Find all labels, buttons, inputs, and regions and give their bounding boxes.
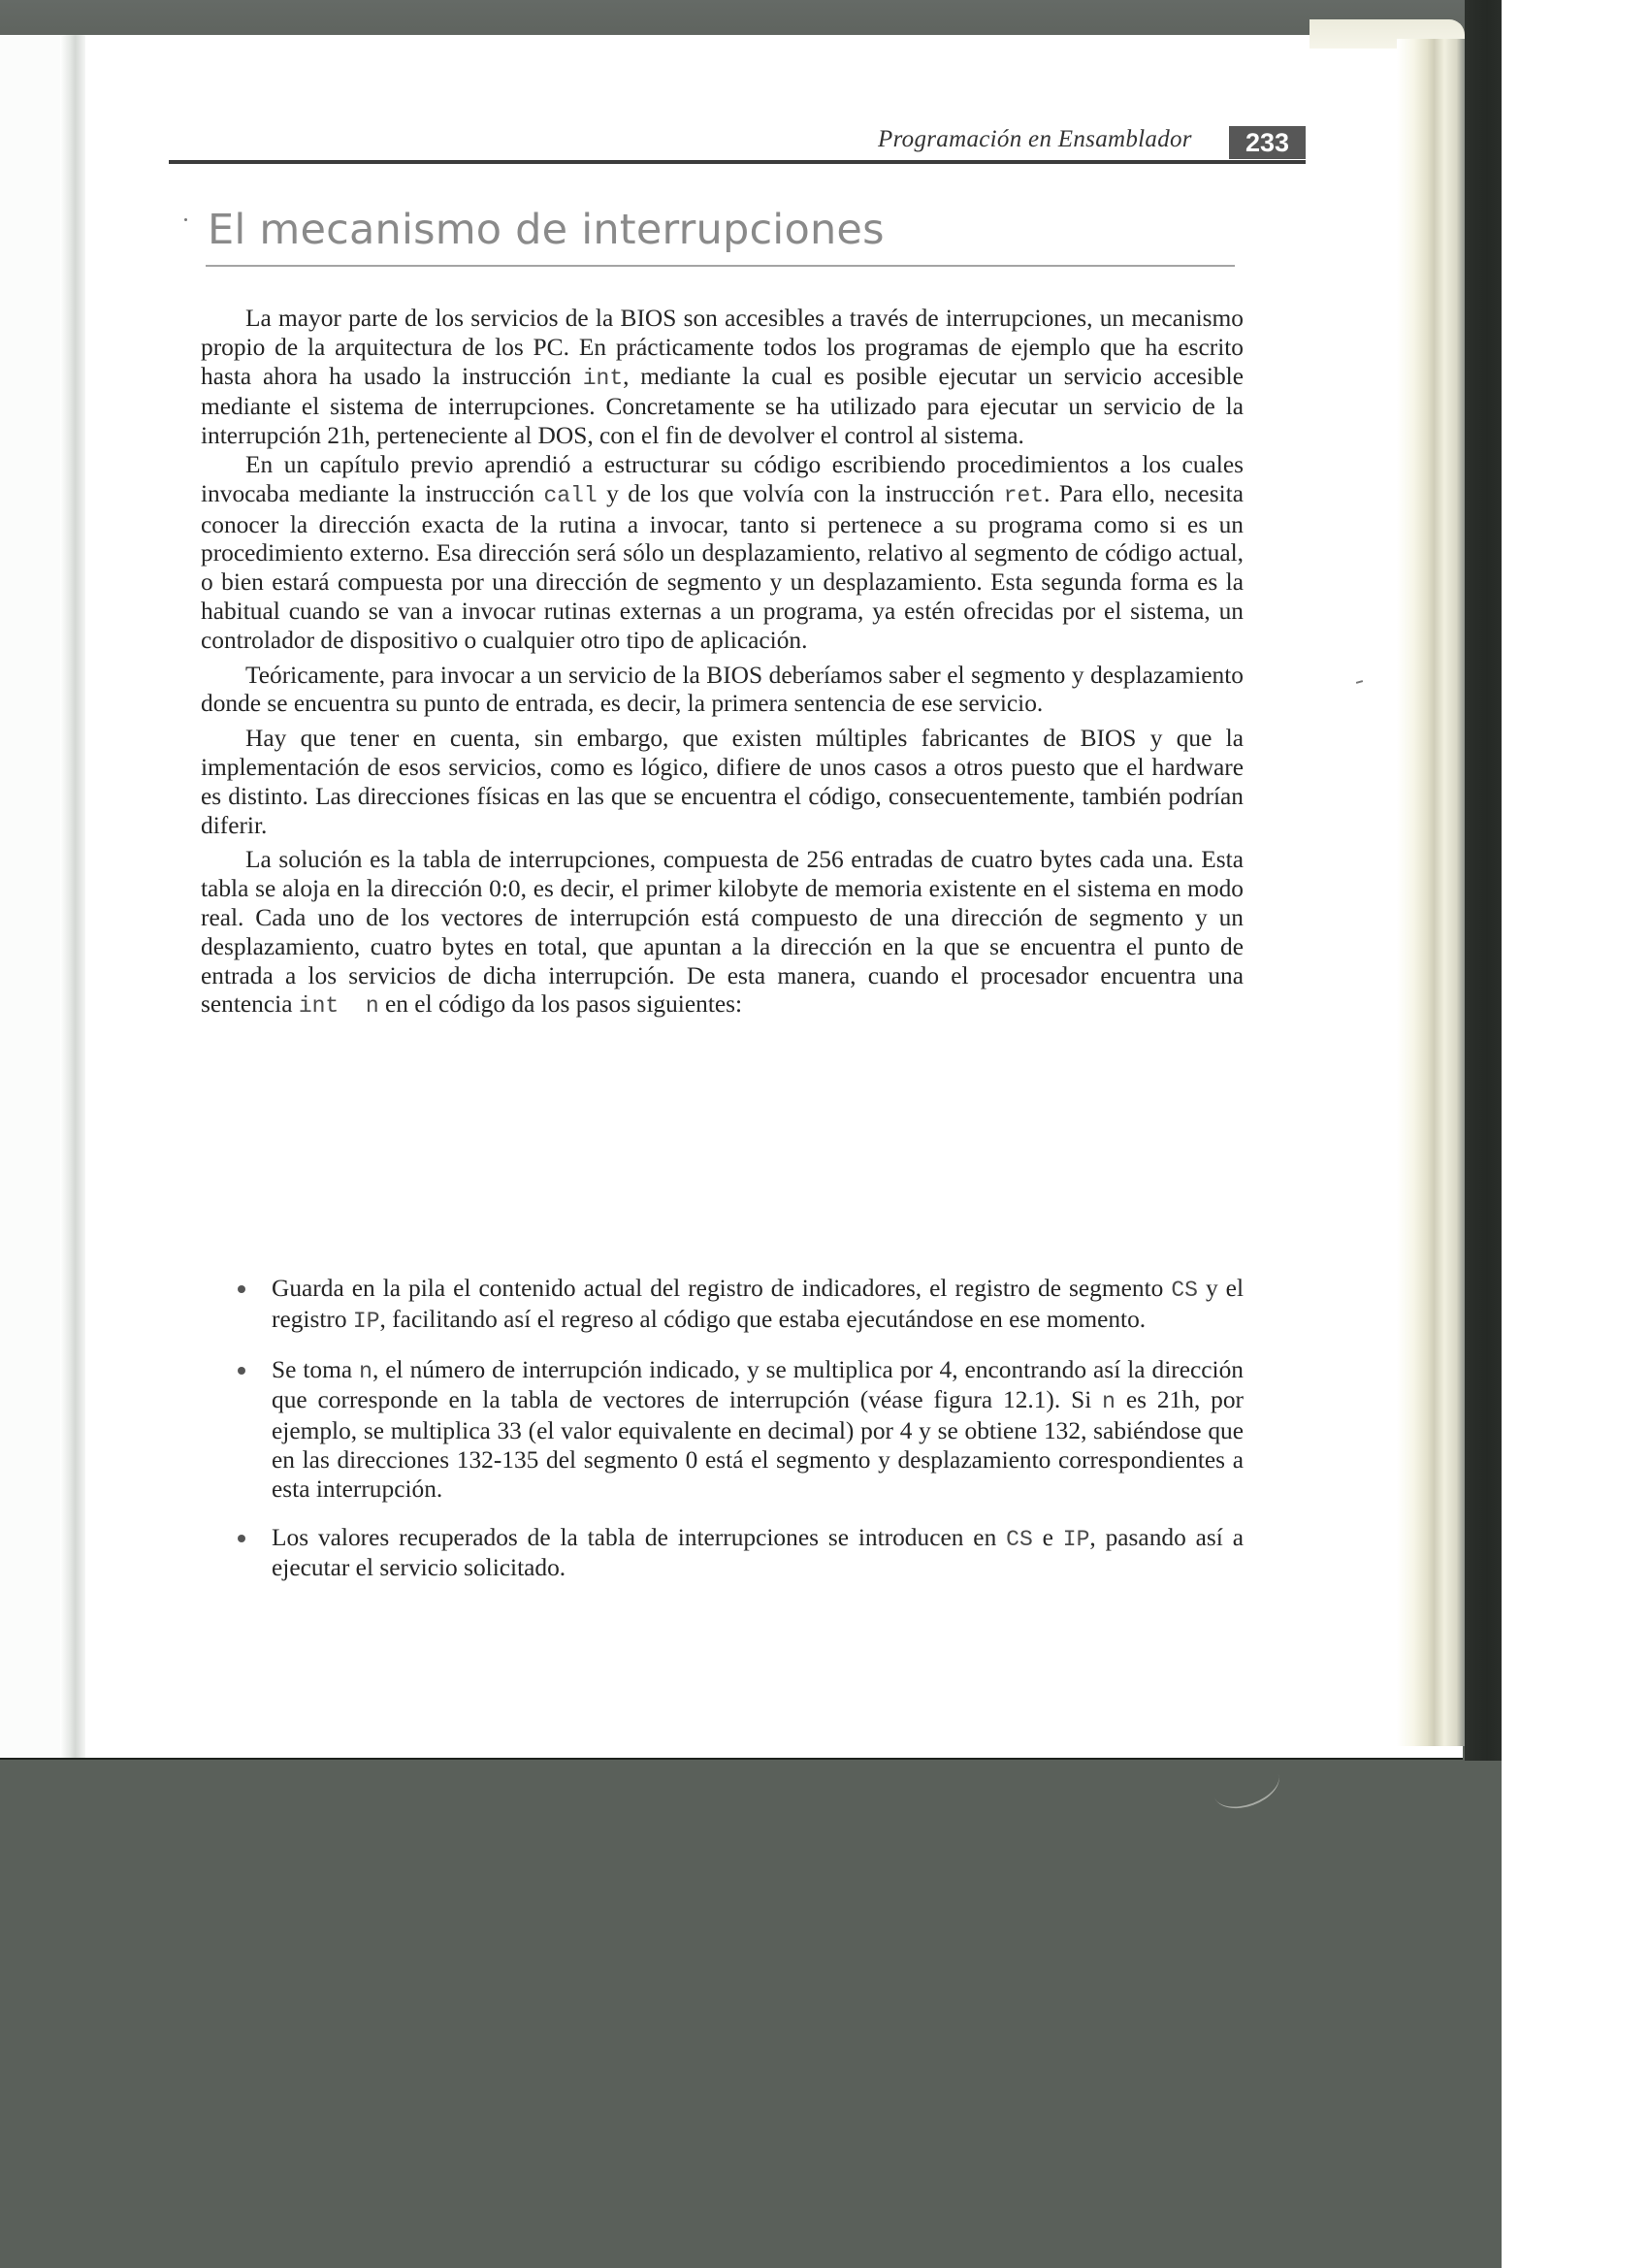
section-title: El mecanismo de interrupciones — [208, 206, 885, 254]
bullet-icon — [238, 1535, 245, 1542]
paragraph-3: Teóricamente, para invocar a un servicio… — [201, 662, 1244, 720]
list-item: Se toma n, el número de interrupción ind… — [233, 1356, 1244, 1505]
facing-page-edge — [0, 35, 60, 1758]
code-inline: call — [544, 483, 598, 508]
text: Guarda en la pila el contenido actual de… — [272, 1275, 1171, 1302]
text: , facilitando así el regreso al código q… — [380, 1306, 1147, 1333]
steps-list: Guarda en la pila el contenido actual de… — [233, 1275, 1244, 1603]
running-head: Programación en Ensamblador — [878, 126, 1192, 153]
code-inline: ret — [1004, 483, 1044, 508]
paragraph-5: La solución es la tabla de interrupcione… — [201, 846, 1244, 1021]
code-inline: IP — [353, 1309, 380, 1334]
text: Los valores recuperados de la tabla de i… — [272, 1524, 1006, 1551]
list-item: Guarda en la pila el contenido actual de… — [233, 1275, 1244, 1337]
list-item: Los valores recuperados de la tabla de i… — [233, 1524, 1244, 1584]
paragraph-2: En un capítulo previo aprendió a estruct… — [201, 451, 1244, 656]
text: y de los que volvía con la instrucción — [598, 480, 1004, 507]
scanner-shadow-right — [1465, 0, 1502, 1761]
code-inline: int n — [299, 993, 379, 1019]
book-gutter-shadow — [60, 35, 85, 1758]
text: en el código da los pasos siguientes: — [379, 990, 742, 1018]
header-rule — [169, 160, 1306, 164]
page-stack-edges — [1397, 39, 1465, 1746]
code-inline: CS — [1006, 1527, 1033, 1552]
bullet-icon — [238, 1285, 245, 1293]
page-number-badge: 233 — [1229, 126, 1306, 159]
text: , el número de interrupción indicado, y … — [272, 1356, 1244, 1414]
text: e — [1033, 1524, 1063, 1551]
bullet-icon — [238, 1367, 245, 1375]
scanner-background-top — [0, 0, 1502, 35]
code-inline: IP — [1063, 1527, 1090, 1552]
paragraph-1: La mayor parte de los servicios de la BI… — [201, 305, 1244, 451]
code-inline: int — [583, 366, 623, 391]
code-inline: CS — [1171, 1278, 1198, 1303]
code-inline: n — [359, 1359, 372, 1384]
scan-speck — [184, 218, 187, 221]
paragraph-4: Hay que tener en cuenta, sin embargo, qu… — [201, 725, 1244, 840]
body-text: La mayor parte de los servicios de la BI… — [201, 305, 1244, 1021]
text: Se toma — [272, 1356, 359, 1383]
title-underline — [206, 265, 1235, 267]
code-inline: n — [1102, 1389, 1115, 1414]
